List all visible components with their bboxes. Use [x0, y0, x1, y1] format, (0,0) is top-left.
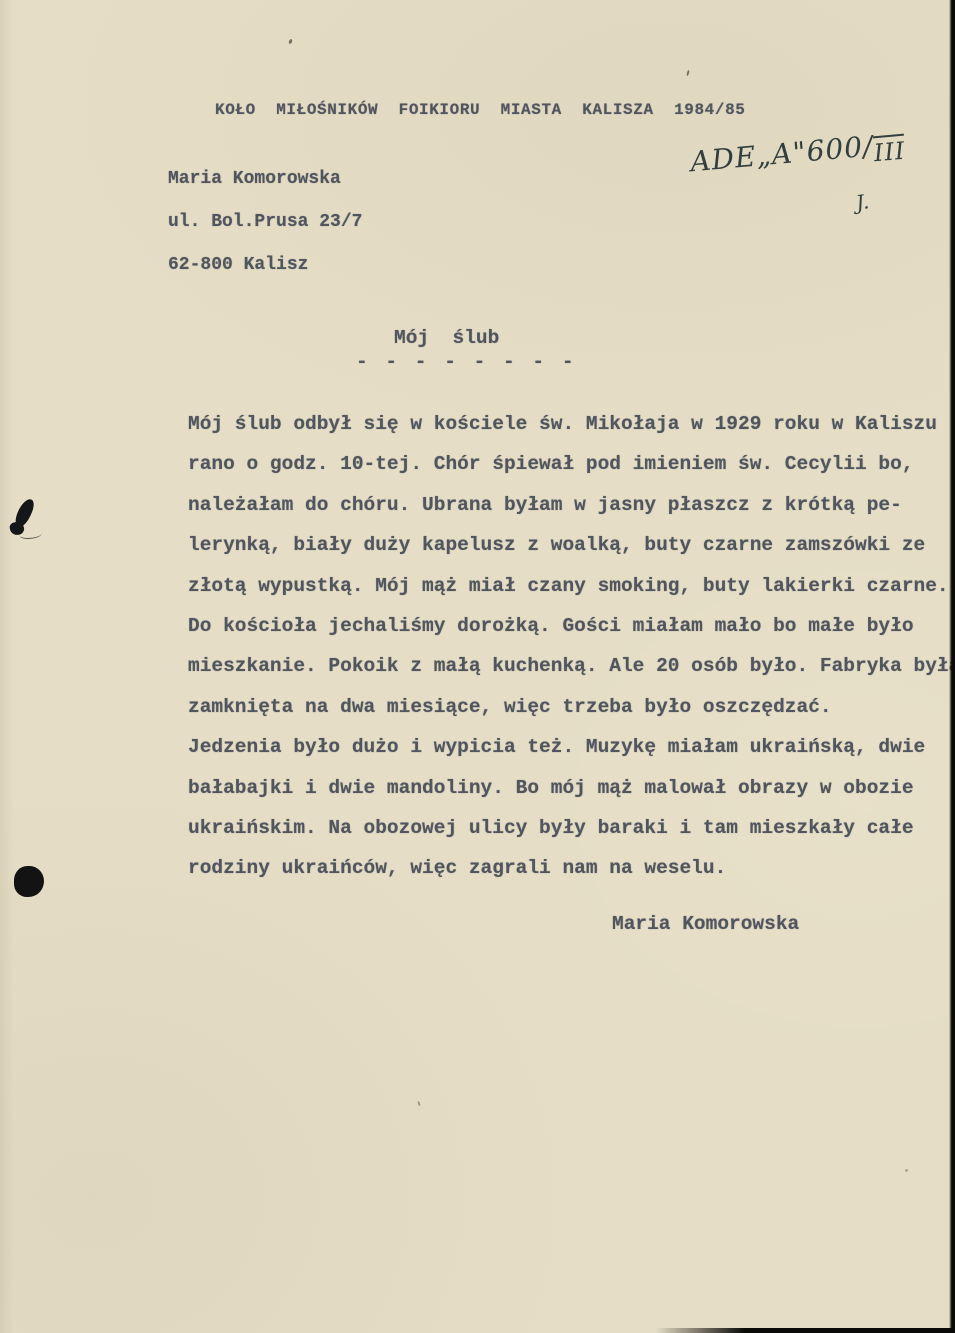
paper-speck — [686, 70, 689, 76]
body-paragraph: Mój ślub odbył się w kościele św. Mikoła… — [188, 404, 955, 889]
ink-blot-round — [14, 866, 44, 897]
annotation-mark: J. — [854, 189, 870, 215]
paper-speck — [905, 1169, 908, 1172]
paper-speck — [288, 39, 293, 45]
annotation-roman-numeral: III — [872, 134, 906, 168]
document-title: Mój ślub — [394, 327, 499, 349]
sender-address: Maria Komorowska ul. Bol.Prusa 23/7 62-8… — [168, 158, 362, 287]
ink-blot-small — [8, 498, 42, 542]
scan-edge-bottom — [655, 1328, 955, 1333]
scanned-page: KOŁO MIŁOŚNIKÓW FOIKIORU MIASTA KALISZA … — [0, 0, 955, 1333]
paper-speck — [417, 1101, 421, 1106]
handwritten-annotation: ADE„A"600/III — [689, 127, 906, 179]
scan-edge-right — [949, 0, 955, 1333]
annotation-text: ADE„A"600/ — [689, 129, 875, 178]
document-header: KOŁO MIŁOŚNIKÓW FOIKIORU MIASTA KALISZA … — [215, 101, 745, 119]
title-underline-dashes: - - - - - - - - — [356, 351, 577, 373]
signature: Maria Komorowska — [612, 913, 799, 935]
